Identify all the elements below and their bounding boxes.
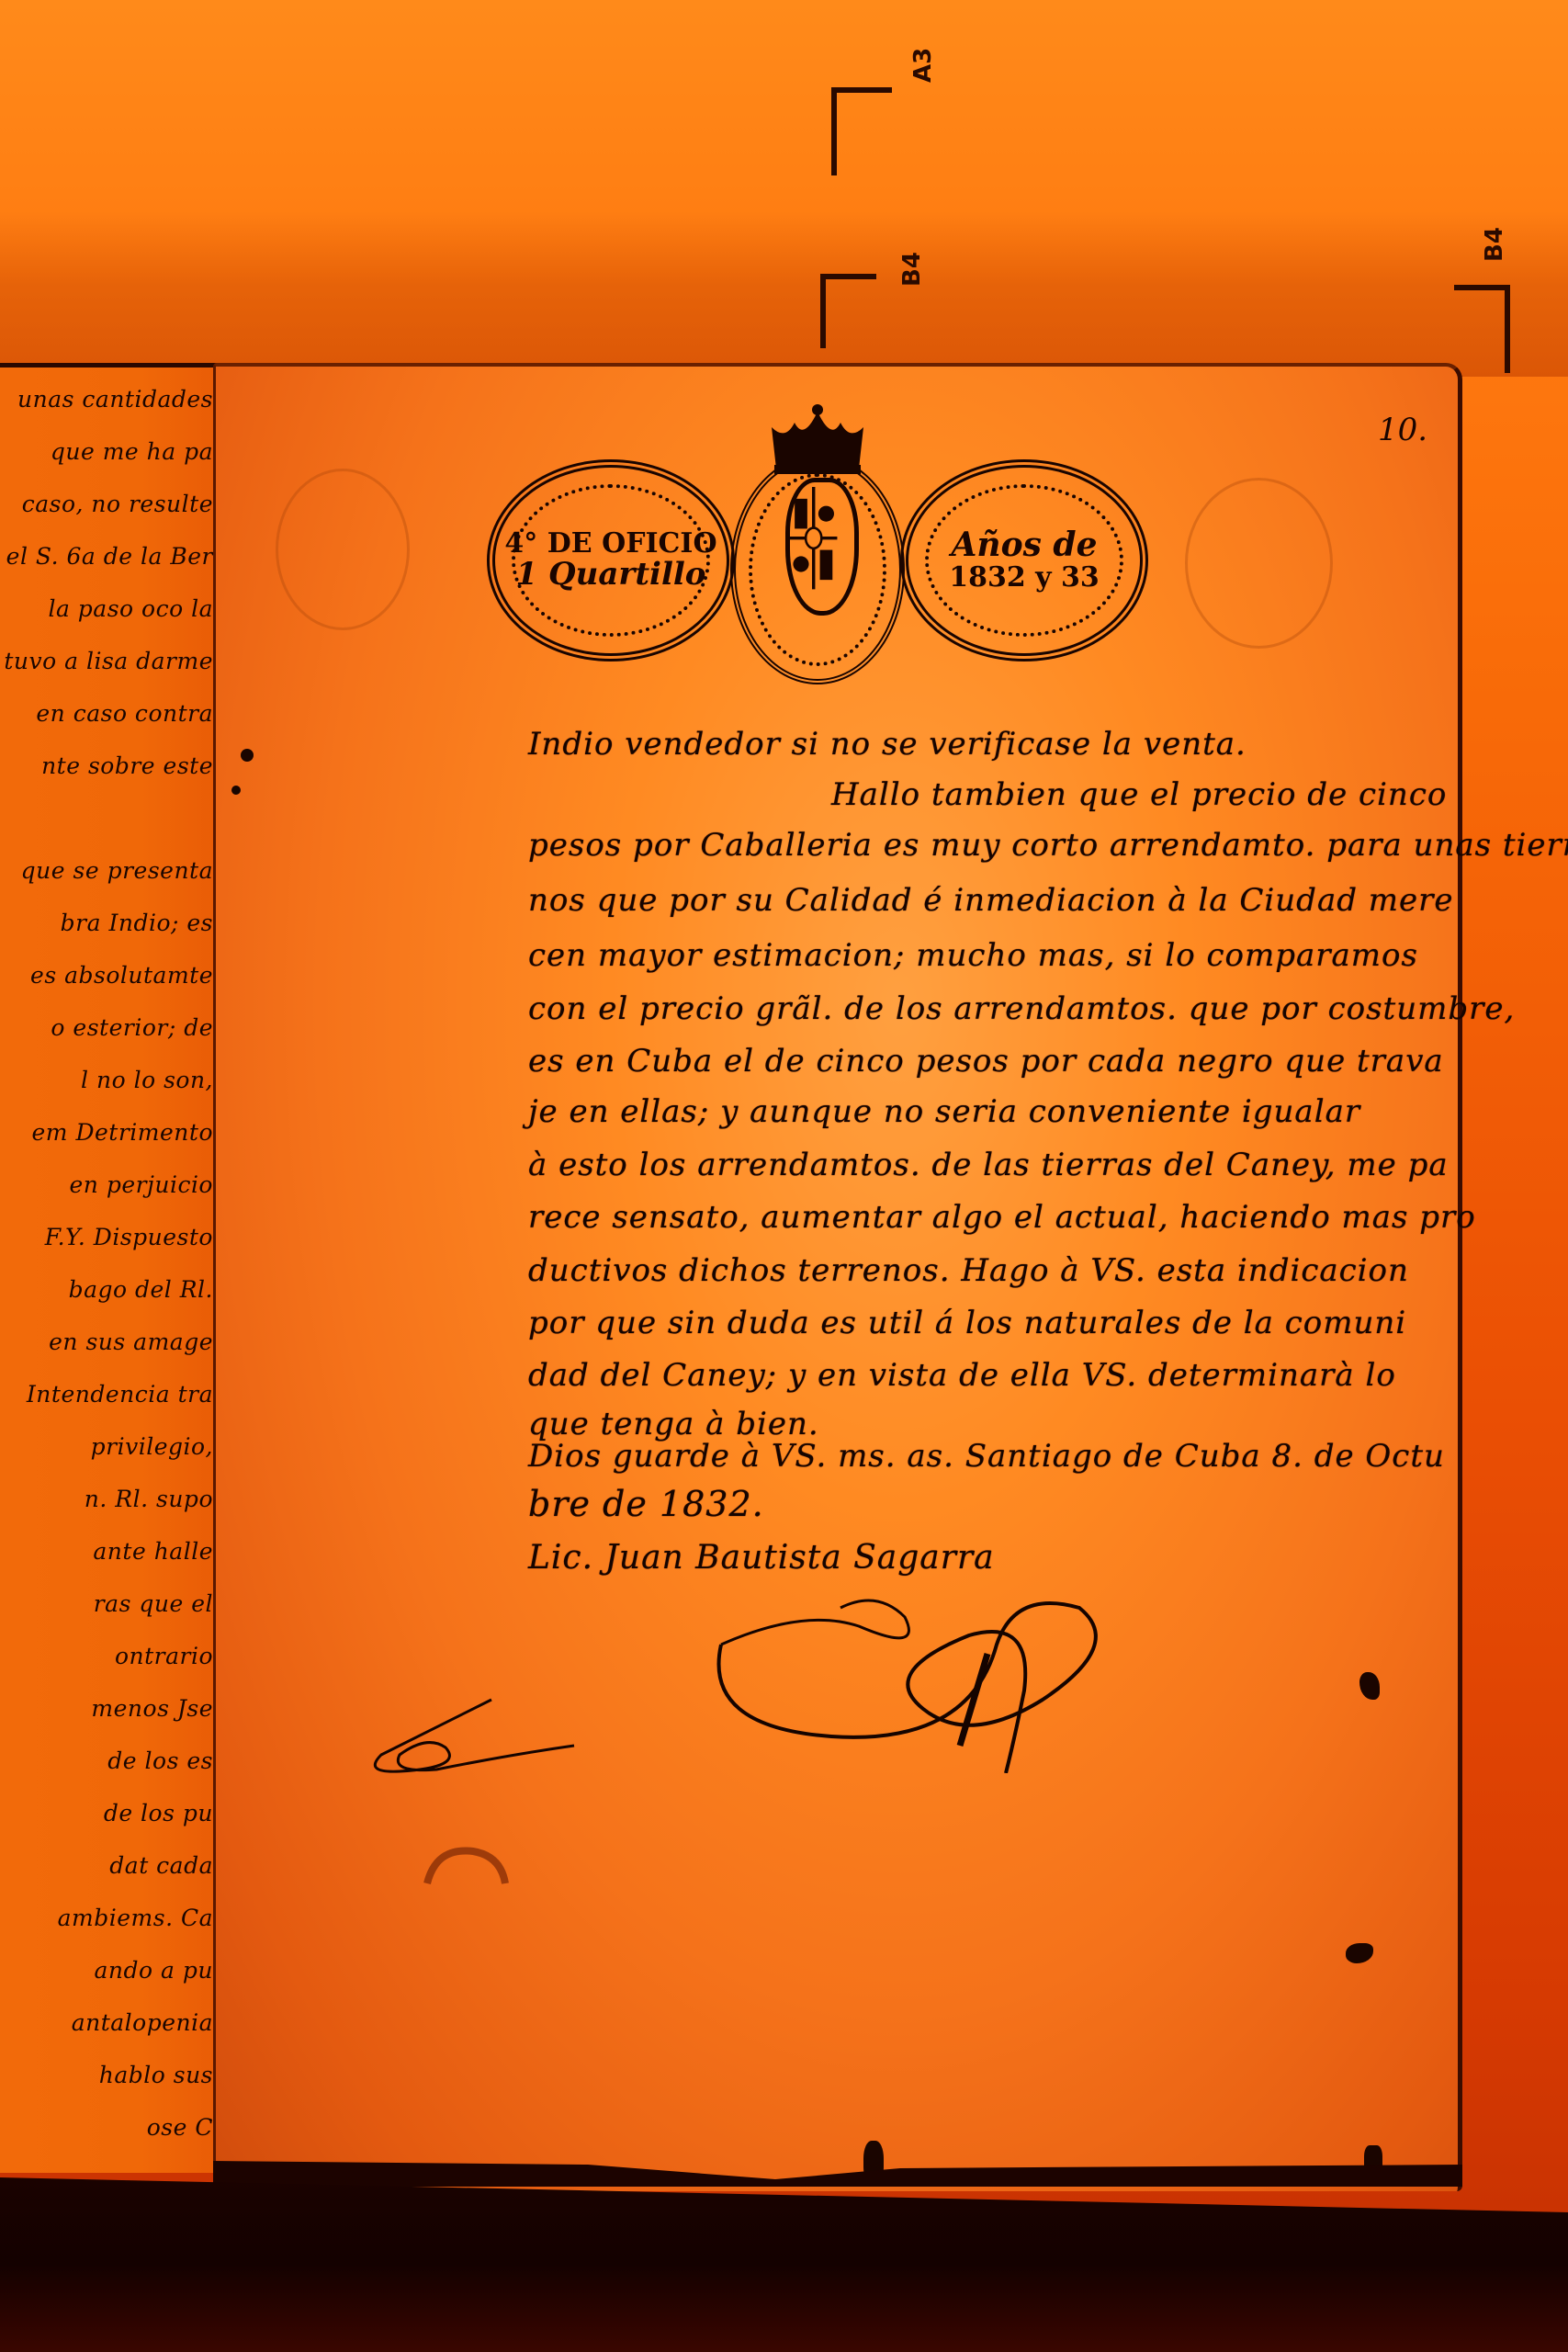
left-page-line: de los pu <box>0 1800 213 1826</box>
folio-number: 10. <box>1378 412 1427 448</box>
document-body-line: rece sensato, aumentar algo el actual, h… <box>528 1199 1476 1236</box>
left-page-line: F.Y. Dispuesto <box>0 1224 213 1250</box>
left-page-line: ando a pu <box>0 1957 213 1984</box>
document-body-line: que tenga à bien. <box>528 1406 819 1442</box>
document-body-line: por que sin duda es util á los naturales… <box>528 1305 1406 1341</box>
left-page-line: dat cada <box>0 1852 213 1879</box>
left-page-line: bago del Rl. <box>0 1276 213 1303</box>
left-page-line: nte sobre este <box>0 752 213 779</box>
left-page-line: el S. 6a de la Ber <box>0 543 213 570</box>
stamp-left-line2: 1 Quartillo <box>516 559 706 592</box>
left-page-line: que me ha pa <box>0 438 213 465</box>
left-page-line: hablo sus <box>0 2062 213 2088</box>
left-page-line: unas cantidades <box>0 386 213 413</box>
embossed-seal-right <box>1185 478 1333 649</box>
crop-label-a3: A3 <box>909 48 937 83</box>
signatory-name: Lic. Juan Bautista Sagarra <box>528 1539 995 1577</box>
document-body-line: con el precio grãl. de los arrendamtos. … <box>528 990 1515 1027</box>
left-page-line: caso, no resulte <box>0 491 213 517</box>
coat-of-arms-shield <box>785 478 859 616</box>
left-facing-page <box>0 363 237 2173</box>
document-body-line: dad del Caney; y en vista de ella VS. de… <box>528 1357 1396 1394</box>
left-page-line: tuvo a lisa darme <box>0 648 213 674</box>
left-page-line: ante halle <box>0 1538 213 1565</box>
crop-label-b4-left: B4 <box>898 252 926 287</box>
left-page-line: que se presenta <box>0 857 213 884</box>
marginal-rubric <box>363 1681 583 1782</box>
background-shadow <box>0 211 1568 377</box>
official-stamped-paper-seal: 4° DE OFICIO 1 Quartillo Años de 1832 y … <box>478 404 1157 698</box>
signature-rubric <box>694 1589 1134 1773</box>
left-page-line: la paso oco la <box>0 595 213 622</box>
document-body-line: es en Cuba el de cinco pesos por cada ne… <box>528 1043 1444 1080</box>
document-body-line: Hallo tambien que el precio de cinco <box>831 776 1447 813</box>
document-body-line: ductivos dichos terrenos. Hago à VS. est… <box>528 1252 1409 1289</box>
document-body-line: cen mayor estimacion; mucho mas, si lo c… <box>528 937 1418 974</box>
ink-blot <box>231 786 241 795</box>
left-page-line: n. Rl. supo <box>0 1486 213 1512</box>
left-page-line: em Detrimento <box>0 1119 213 1146</box>
stamp-left-line1: 4° DE OFICIO <box>504 529 716 559</box>
faded-bleedthrough-mark <box>409 1837 519 1911</box>
crown-icon <box>767 404 868 478</box>
stamp-left-oval: 4° DE OFICIO 1 Quartillo <box>487 459 735 661</box>
left-page-line: de los es <box>0 1747 213 1774</box>
stamp-right-oval: Años de 1832 y 33 <box>900 459 1148 661</box>
left-page-line: bra Indio; es <box>0 910 213 936</box>
document-body-line: Indio vendedor si no se verificase la ve… <box>528 726 1247 763</box>
document-closing-line: bre de 1832. <box>528 1484 764 1524</box>
left-page-line: en caso contra <box>0 700 213 727</box>
left-page-line: es absolutamte <box>0 962 213 989</box>
stamp-right-line2: 1832 y 33 <box>949 563 1100 593</box>
document-closing-line: Dios guarde à VS. ms. as. Santiago de Cu… <box>528 1438 1445 1475</box>
left-page-line: menos Jse <box>0 1695 213 1722</box>
left-page-line: ose C <box>0 2114 213 2141</box>
ink-blot <box>241 749 254 762</box>
left-page-line: ontrario <box>0 1643 213 1669</box>
document-body-line: pesos por Caballeria es muy corto arrend… <box>528 827 1568 864</box>
left-page-line: en perjuicio <box>0 1171 213 1198</box>
crop-label-b4-right: B4 <box>1481 227 1508 262</box>
bottom-shadow <box>0 2177 1568 2352</box>
document-body-line: je en ellas; y aunque no seria convenien… <box>528 1093 1360 1130</box>
stamp-right-line1: Años de <box>952 528 1098 563</box>
left-page-line: ambiems. Ca <box>0 1905 213 1931</box>
left-page-line: l no lo son, <box>0 1067 213 1093</box>
embossed-seal-left <box>276 469 410 630</box>
left-page-line: en sus amage <box>0 1329 213 1355</box>
left-page-line: ras que el <box>0 1590 213 1617</box>
left-page-line: Intendencia tra <box>0 1381 213 1408</box>
left-page-line: antalopenia <box>0 2009 213 2036</box>
left-page-line: o esterior; de <box>0 1014 213 1041</box>
document-body-line: à esto los arrendamtos. de las tierras d… <box>528 1147 1449 1183</box>
left-page-line: privilegio, <box>0 1433 213 1460</box>
document-body-line: nos que por su Calidad é inmediacion à l… <box>528 882 1454 919</box>
